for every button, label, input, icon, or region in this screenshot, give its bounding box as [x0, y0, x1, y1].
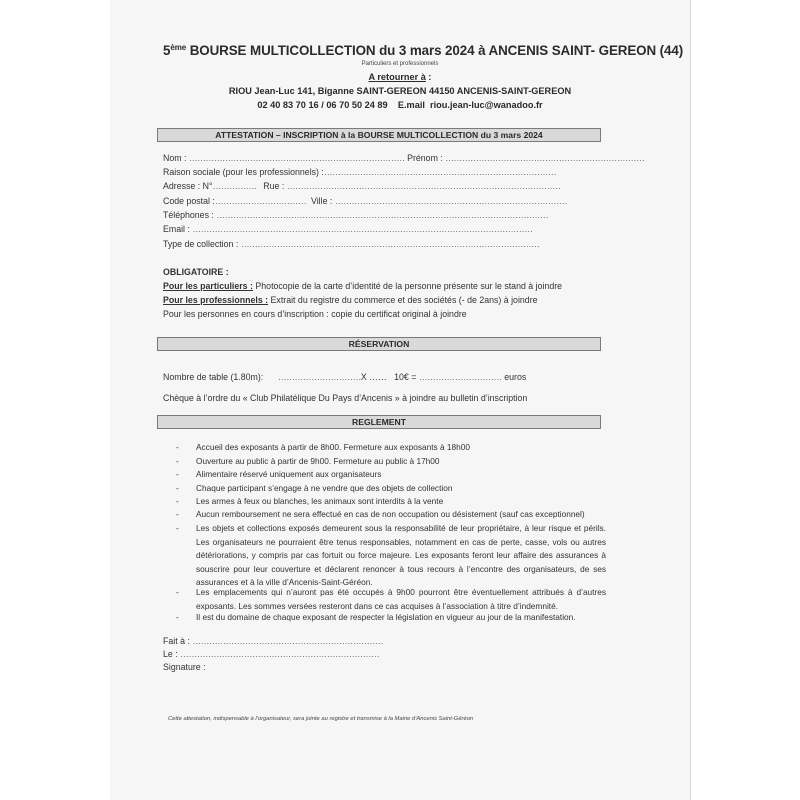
obligatoire-heading: OBLIGATOIRE :	[163, 267, 229, 277]
requirement-en-cours: Pour les personnes en cours d’inscriptio…	[163, 309, 467, 319]
organizer-contact: 02 40 83 70 16 / 06 70 50 24 89 E.mail r…	[110, 100, 690, 110]
field-signature[interactable]: Signature :	[163, 662, 206, 672]
rule-item: -Alimentaire réservé uniquement aux orga…	[163, 468, 603, 482]
document-subtitle: Particuliers et professionnels	[110, 61, 690, 67]
field-adresse[interactable]: Adresse : N°……………. Rue : …………………………………………	[163, 181, 561, 191]
section-header-reservation: RÉSERVATION	[157, 337, 601, 351]
organizer-phones: 02 40 83 70 16 / 06 70 50 24 89	[257, 100, 387, 110]
field-date[interactable]: Le : ………………………………………………………………	[163, 649, 379, 659]
rule-item: -Les armes à feux ou blanches, les anima…	[163, 495, 603, 509]
field-nom[interactable]: Nom : …………………………………………………………………… Prénom …	[163, 153, 644, 163]
rule-item: -Il est du domaine de chaque exposant de…	[163, 611, 603, 625]
rule-item: -Accueil des exposants à partir de 8h00.…	[163, 441, 603, 455]
field-nombre-tables[interactable]: Nombre de table (1.80m): …………………………X …… …	[163, 372, 526, 382]
field-raison-sociale[interactable]: Raison sociale (pour les professionnels)…	[163, 167, 556, 177]
footnote: Cette attestation, indispensable à l’org…	[168, 716, 473, 722]
rule-item: -Les objets et collections exposés demeu…	[163, 522, 603, 584]
requirement-professionnels: Pour les professionnels : Extrait du reg…	[163, 295, 538, 305]
organizer-email: riou.jean-luc@wanadoo.fr	[430, 100, 543, 110]
document-title: 5ème BOURSE MULTICOLLECTION du 3 mars 20…	[163, 43, 683, 58]
return-to-heading: A retourner à :	[110, 72, 690, 82]
rule-item: -Les emplacements qui n’auront pas été o…	[163, 586, 603, 614]
rule-item: -Aucun remboursement ne sera effectué en…	[163, 508, 603, 522]
rule-item: -Ouverture au public à partir de 9h00. F…	[163, 455, 603, 469]
field-code-postal[interactable]: Code postal :…………………………… Ville : ……………………	[163, 196, 567, 206]
field-telephones[interactable]: Téléphones : …………………………………………………………………………	[163, 210, 548, 220]
section-header-reglement: REGLEMENT	[157, 415, 601, 429]
field-fait-a[interactable]: Fait à : ……………………………………………………………	[163, 636, 383, 646]
section-header-attestation: ATTESTATION – INSCRIPTION à la BOURSE MU…	[157, 128, 601, 142]
cheque-instructions: Chèque à l’ordre du « Club Philatélique …	[163, 393, 527, 403]
organizer-address: RIOU Jean-Luc 141, Biganne SAINT-GEREON …	[110, 86, 690, 96]
requirement-particuliers: Pour les particuliers : Photocopie de la…	[163, 281, 562, 291]
rule-item: -Chaque participant s’engage à ne vendre…	[163, 482, 603, 496]
field-type-collection[interactable]: Type de collection : ……………………………………………………	[163, 239, 539, 249]
field-email[interactable]: Email : ………………………………………………………………………………………	[163, 224, 533, 234]
